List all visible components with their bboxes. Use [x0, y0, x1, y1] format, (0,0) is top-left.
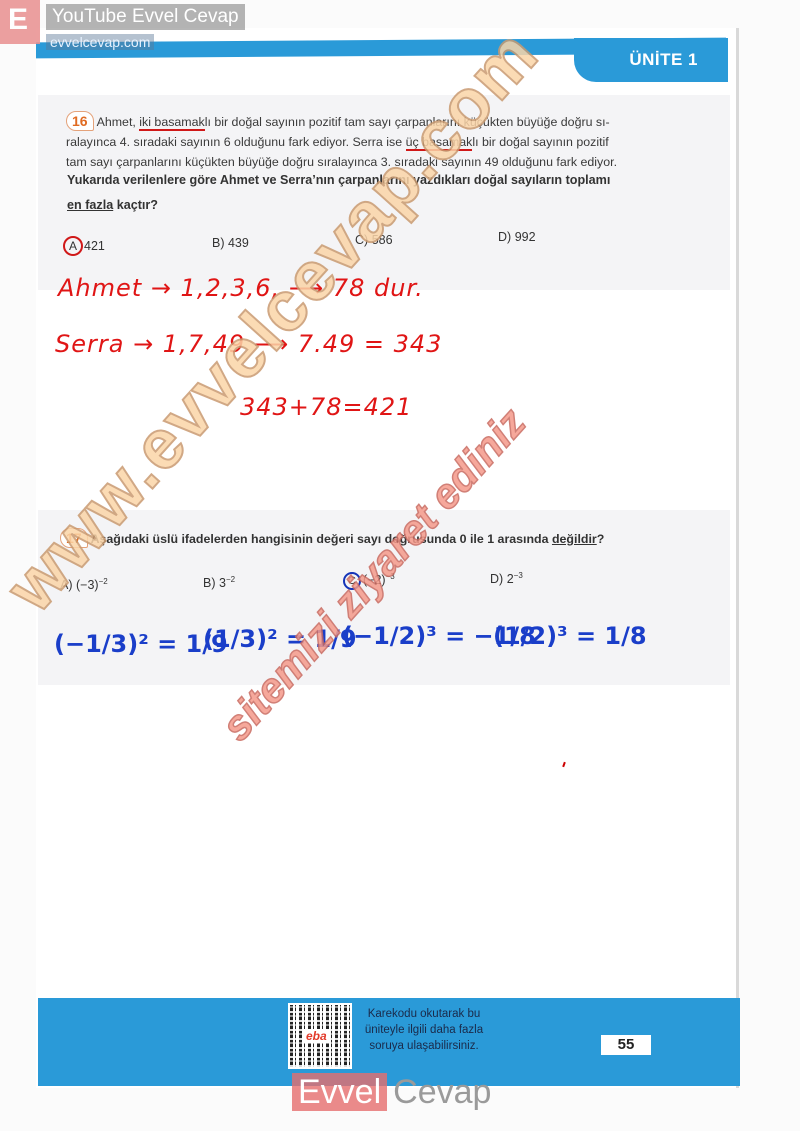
- question-number: 16: [66, 111, 94, 131]
- q17-option-d[interactable]: D) 2−3: [490, 571, 523, 586]
- q17-option-b[interactable]: B) 3−2: [203, 575, 235, 590]
- evvel-badge-icon: E: [0, 0, 40, 44]
- page-number: 55: [601, 1035, 651, 1055]
- eba-logo: eba: [304, 1029, 329, 1043]
- watermark-brand: EvvelCevap: [292, 1073, 491, 1112]
- qr-code-icon[interactable]: eba: [288, 1003, 352, 1069]
- page-edge: [736, 28, 739, 1088]
- handwriting-d: (1/2)³ = 1/8: [493, 622, 647, 650]
- selected-answer-circle: A: [63, 236, 83, 256]
- watermark-site: evvelcevap.com: [46, 34, 154, 50]
- unit-label: ÜNİTE 1: [629, 50, 698, 70]
- handwriting-a: (−1/3)² = 1/9: [54, 630, 228, 658]
- footer-text: Karekodu okutarak bu üniteyle ilgili dah…: [354, 1006, 494, 1054]
- q16-option-d[interactable]: D) 992: [498, 230, 536, 244]
- q16-option-a[interactable]: A421: [63, 236, 105, 256]
- handwriting-sum: 343+78=421: [240, 393, 412, 421]
- watermark-youtube: YouTube Evvel Cevap: [46, 4, 245, 30]
- q16-option-b[interactable]: B) 439: [212, 236, 249, 250]
- unit-tab: ÜNİTE 1: [574, 38, 728, 82]
